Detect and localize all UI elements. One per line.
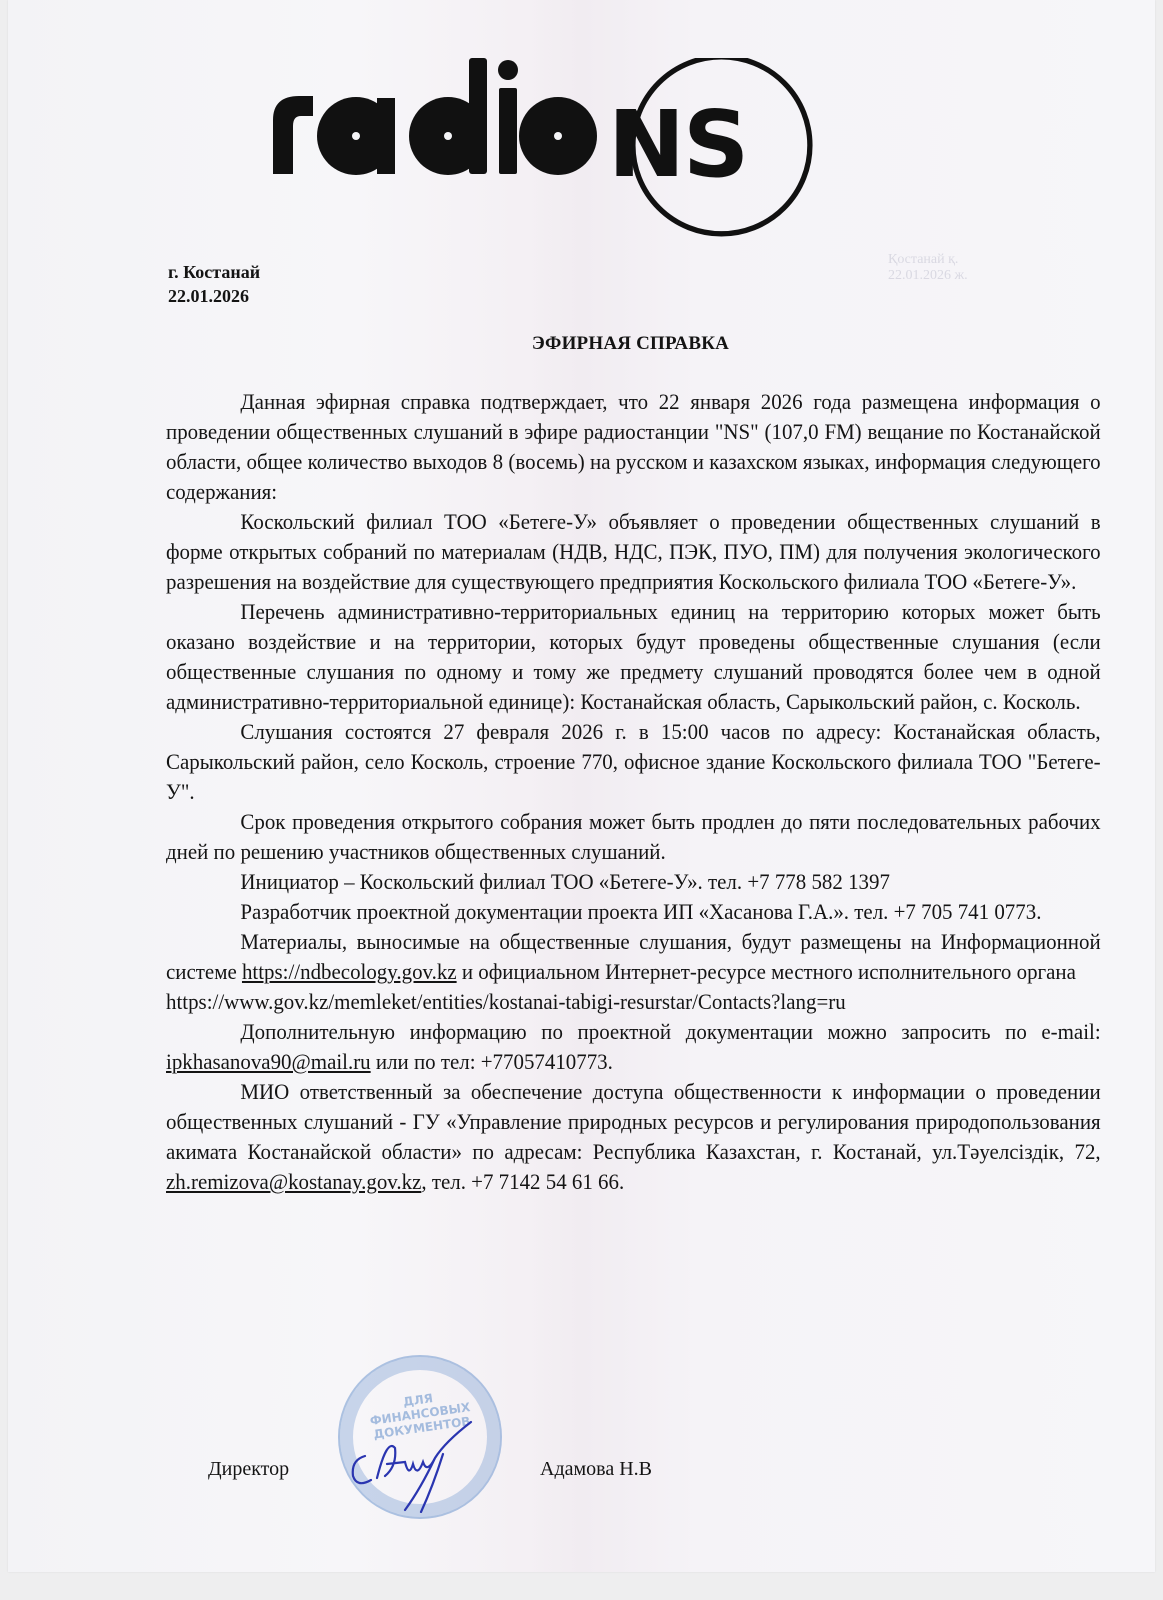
- contact-text: Дополнительную информацию по проектной д…: [240, 1019, 1100, 1044]
- paragraph-materials: Материалы, выносимые на общественные слу…: [166, 927, 1101, 987]
- paragraph-territories: Перечень административно-территориальных…: [166, 597, 1101, 717]
- paragraph-initiator: Инициатор – Коскольский филиал ТОО «Бете…: [166, 867, 1101, 897]
- document-body: Данная эфирная справка подтверждает, что…: [166, 387, 1101, 1197]
- document-date: 22.01.2026: [168, 284, 260, 308]
- document-header: г. Костанай 22.01.2026: [168, 260, 260, 308]
- paragraph-hearing-date: Слушания состоятся 27 февраля 2026 г. в …: [166, 717, 1101, 807]
- developer-email-link[interactable]: ipkhasanova90@mail.ru: [166, 1049, 371, 1074]
- handwritten-signature: [343, 1418, 493, 1513]
- materials-text-after: и официальном Интернет-ресурсе местного …: [457, 959, 1076, 984]
- paragraph-mio: МИО ответственный за обеспечение доступа…: [166, 1077, 1101, 1197]
- paragraph-extension: Срок проведения открытого собрания может…: [166, 807, 1101, 867]
- mio-text: МИО ответственный за обеспечение доступа…: [166, 1079, 1101, 1164]
- signatory-position: Директор: [208, 1458, 289, 1481]
- radio-ns-logo: NS: [273, 58, 883, 238]
- city-label: г. Костанай: [168, 260, 260, 284]
- gov-url[interactable]: https://www.gov.kz/memleket/entities/kos…: [166, 987, 1101, 1017]
- paragraph-announcement: Коскольский филиал ТОО «Бетеге-У» объявл…: [166, 507, 1101, 597]
- paragraph-confirmation: Данная эфирная справка подтверждает, что…: [166, 387, 1101, 507]
- svg-text:NS: NS: [608, 91, 747, 198]
- paragraph-contact: Дополнительную информацию по проектной д…: [166, 1017, 1101, 1077]
- document-title: ЭФИРНАЯ СПРАВКА: [8, 333, 1163, 355]
- mio-email-link[interactable]: zh.remizova@kostanay.gov.kz: [166, 1169, 421, 1194]
- signatory-name: Адамова Н.В: [540, 1458, 652, 1481]
- paragraph-developer: Разработчик проектной документации проек…: [166, 897, 1101, 927]
- bleed-through-text: Қостанай қ.22.01.2026 ж.: [888, 252, 968, 284]
- contact-phone: или по тел: +77057410773.: [371, 1049, 613, 1074]
- document-page: Қостанай қ.22.01.2026 ж. NS г. Костанай: [8, 0, 1155, 1572]
- mio-phone: , тел. +7 7142 54 61 66.: [421, 1169, 624, 1194]
- ndbecology-link[interactable]: https://ndbecology.gov.kz: [242, 959, 457, 984]
